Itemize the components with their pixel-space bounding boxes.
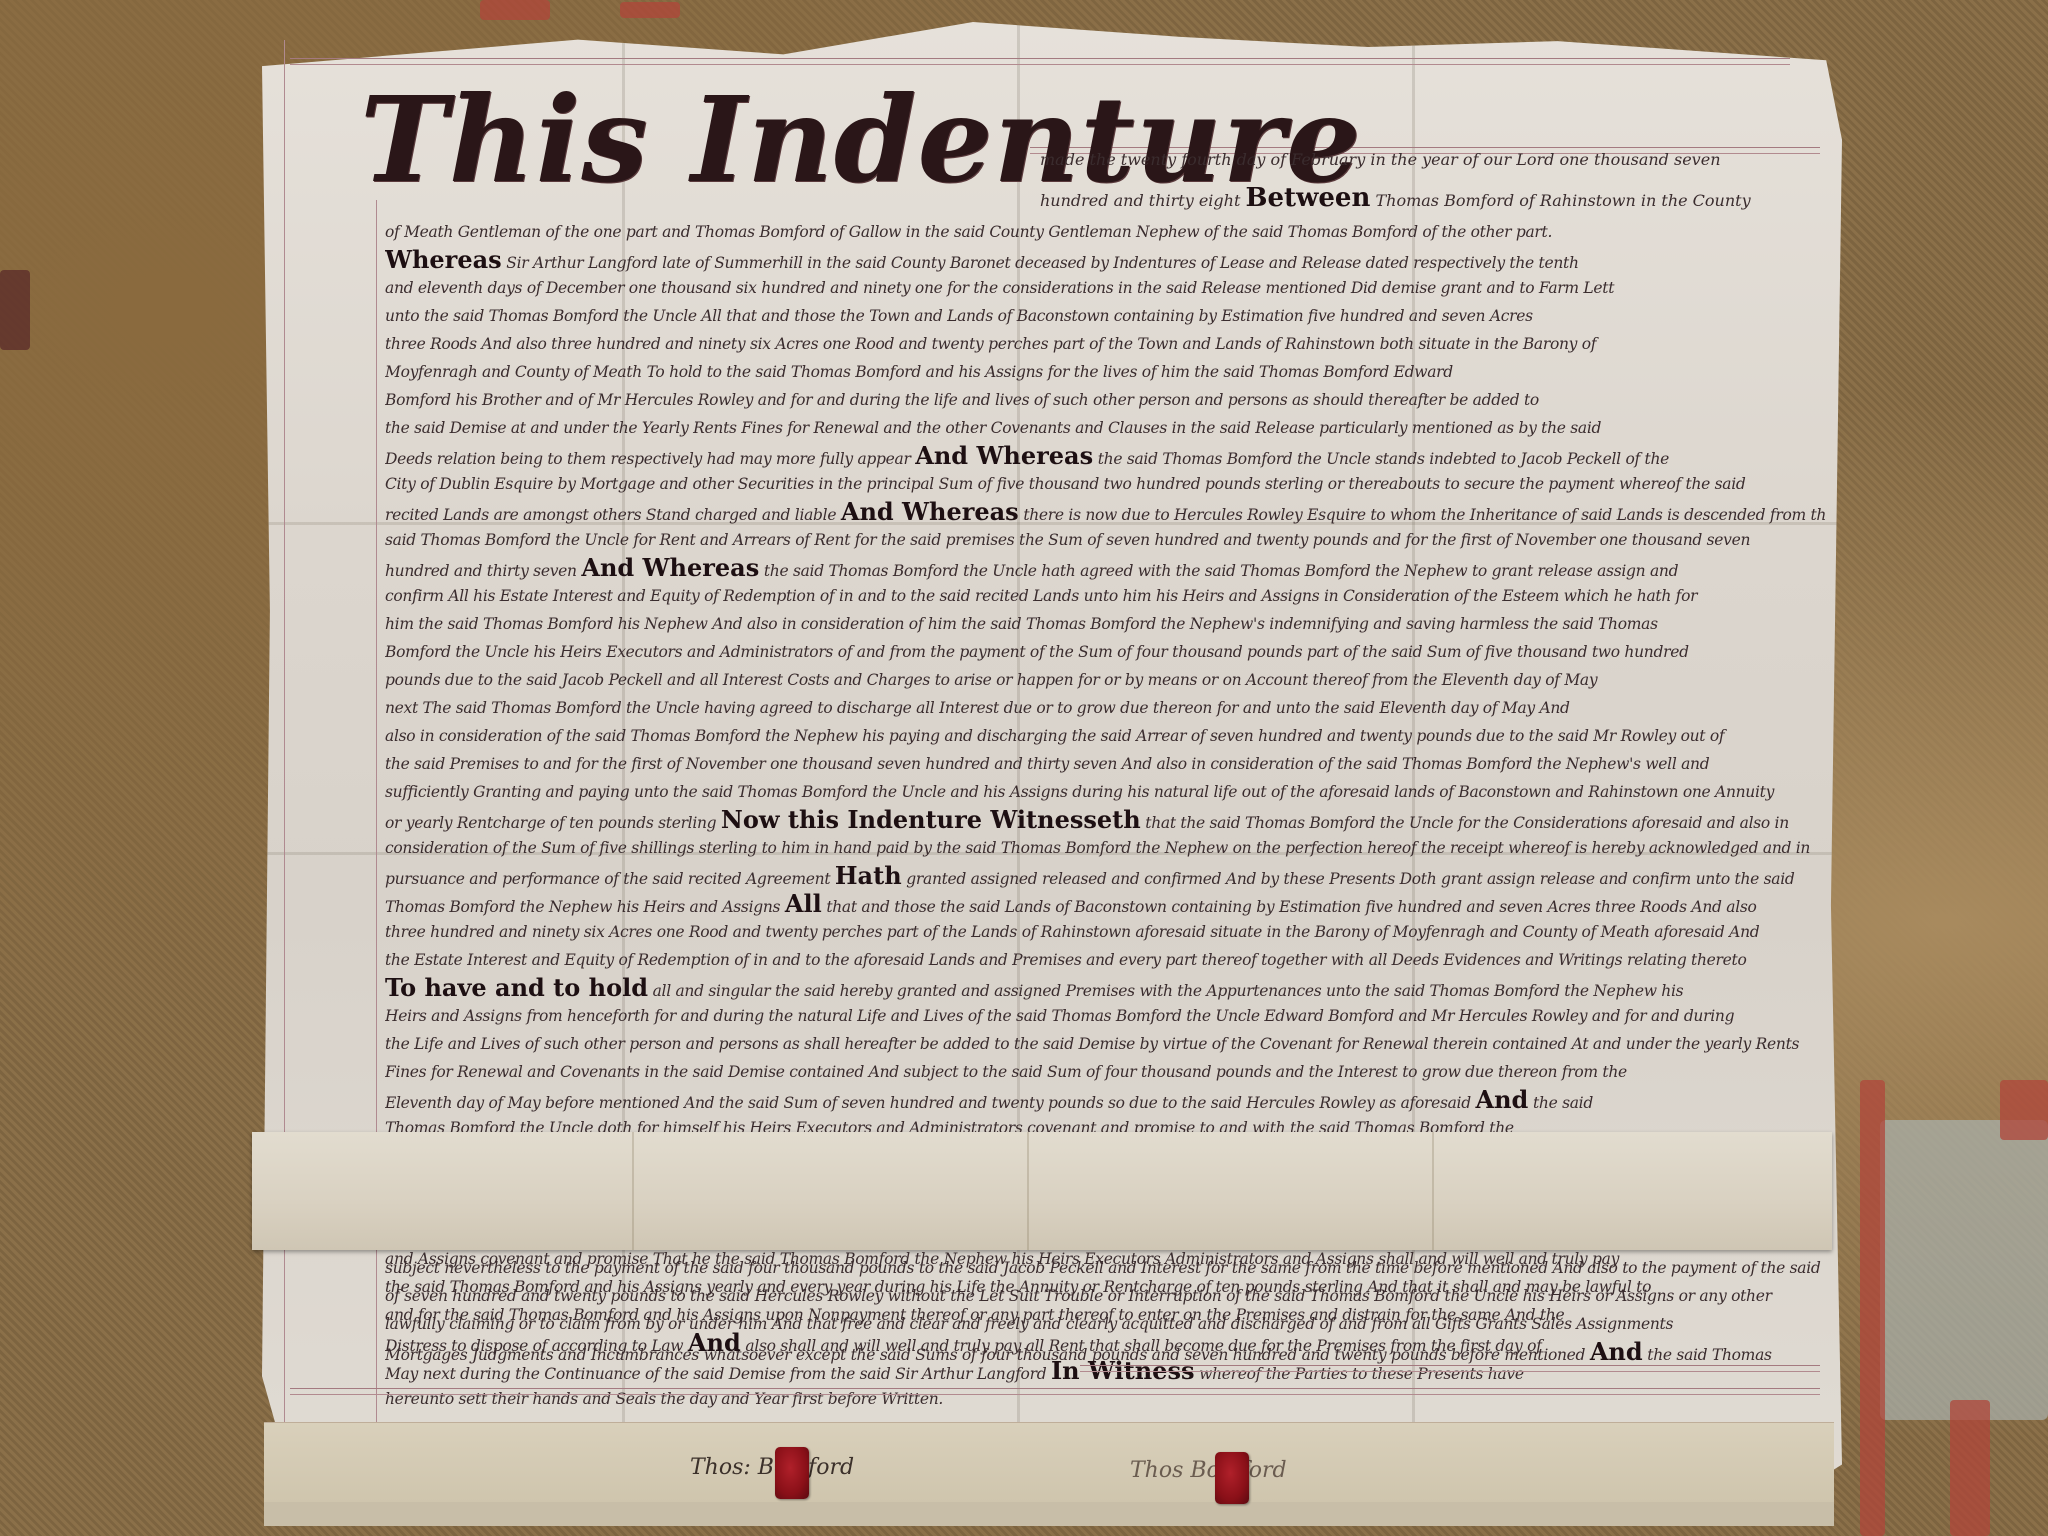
text-line: the said Demise at and under the Yearly … xyxy=(385,414,1825,442)
text-line: consideration of the Sum of five shillin… xyxy=(385,834,1825,862)
line-text: three hundred and ninety six Acres one R… xyxy=(385,923,1759,941)
text-line: him the said Thomas Bomford his Nephew A… xyxy=(385,610,1825,638)
keyword-heading: Whereas xyxy=(385,246,502,274)
keyword-heading: And Whereas xyxy=(581,554,759,582)
line-text: Fines for Renewal and Covenants in the s… xyxy=(385,1063,1627,1081)
line-text: there is now due to Hercules Rowley Esqu… xyxy=(1019,506,1825,524)
line-text: and for the said Thomas Bomford and his … xyxy=(385,1306,1564,1324)
keyword-heading: Now this Indenture Witnesseth xyxy=(721,806,1141,834)
rug-pattern-red xyxy=(1860,1080,1885,1536)
line-text: the said Thomas Bomford the Uncle hath a… xyxy=(759,562,1678,580)
line-text: said Thomas Bomford the Uncle for Rent a… xyxy=(385,531,1750,549)
line-text: the said Demise at and under the Yearly … xyxy=(385,419,1601,437)
line-text: or yearly Rentcharge of ten pounds sterl… xyxy=(385,814,721,832)
ruled-line xyxy=(1080,1365,1820,1366)
line-text: that and those the said Lands of Baconst… xyxy=(822,898,1757,916)
line-text: hundred and thirty seven xyxy=(385,562,581,580)
fold-crease xyxy=(632,1132,634,1250)
text-line: Bomford his Brother and of Mr Hercules R… xyxy=(385,386,1825,414)
opening-date-line-2: hundred and thirty eight Between Thomas … xyxy=(1040,183,1751,213)
line-text: him the said Thomas Bomford his Nephew A… xyxy=(385,615,1658,633)
wax-seal-2 xyxy=(1215,1452,1249,1504)
signature-1: Thos: Bomford xyxy=(690,1455,854,1480)
text-line: three hundred and ninety six Acres one R… xyxy=(385,918,1825,946)
party-text: Thomas Bomford of Rahinstown in the Coun… xyxy=(1375,191,1750,210)
text-line: sufficiently Granting and paying unto th… xyxy=(385,778,1825,806)
ruled-line xyxy=(290,64,1790,65)
margin-line xyxy=(284,40,285,1490)
text-line: Fines for Renewal and Covenants in the s… xyxy=(385,1058,1825,1086)
line-text: that the said Thomas Bomford the Uncle f… xyxy=(1141,814,1789,832)
seal-tag-strip xyxy=(264,1422,1834,1503)
signature-name: Thos Bomford xyxy=(1130,1458,1287,1483)
text-line: Eleventh day of May before mentioned And… xyxy=(385,1086,1825,1114)
text-line: said Thomas Bomford the Uncle for Rent a… xyxy=(385,526,1825,554)
keyword-heading: And Whereas xyxy=(915,442,1093,470)
text-line: Bomford the Uncle his Heirs Executors an… xyxy=(385,638,1825,666)
keyword-heading: Hath xyxy=(835,862,902,890)
text-line: unto the said Thomas Bomford the Uncle A… xyxy=(385,302,1825,330)
text-line: next The said Thomas Bomford the Uncle h… xyxy=(385,694,1825,722)
wax-seal-1 xyxy=(775,1447,809,1499)
text-line: Distress to dispose of according to Law … xyxy=(385,1329,1825,1357)
text-line: the Life and Lives of such other person … xyxy=(385,1030,1825,1058)
keyword-heading: To have and to hold xyxy=(385,974,648,1002)
text-line: City of Dublin Esquire by Mortgage and o… xyxy=(385,470,1825,498)
line-text: Heirs and Assigns from henceforth for an… xyxy=(385,1007,1734,1025)
ruled-line xyxy=(290,1388,1820,1389)
keyword-heading: And xyxy=(1475,1086,1528,1114)
line-text: confirm All his Estate Interest and Equi… xyxy=(385,587,1697,605)
line-text: three Roods And also three hundred and n… xyxy=(385,335,1596,353)
text-line: three Roods And also three hundred and n… xyxy=(385,330,1825,358)
line-text: the Life and Lives of such other person … xyxy=(385,1035,1799,1053)
line-text: pounds due to the said Jacob Peckell and… xyxy=(385,671,1597,689)
text-line: Whereas Sir Arthur Langford late of Summ… xyxy=(385,246,1825,274)
line-text: and Assigns covenant and promise That he… xyxy=(385,1250,1619,1268)
text-line: and eleventh days of December one thousa… xyxy=(385,274,1825,302)
line-text: City of Dublin Esquire by Mortgage and o… xyxy=(385,475,1746,493)
text-line: also in consideration of the said Thomas… xyxy=(385,722,1825,750)
line-text: the said Thomas Bomford the Uncle stands… xyxy=(1093,450,1669,468)
text-line: hundred and thirty seven And Whereas the… xyxy=(385,554,1825,582)
line-text: hereunto sett their hands and Seals the … xyxy=(385,1390,943,1408)
ruled-line xyxy=(1080,1371,1820,1372)
signature-2: Thos Bomford xyxy=(1130,1458,1287,1483)
line-text: Deeds relation being to them respectivel… xyxy=(385,450,915,468)
line-text: unto the said Thomas Bomford the Uncle A… xyxy=(385,307,1533,325)
text-line: and Assigns covenant and promise That he… xyxy=(385,1245,1825,1273)
rug-pattern-red xyxy=(620,2,680,18)
line-text: Bomford the Uncle his Heirs Executors an… xyxy=(385,643,1689,661)
rug-pattern-red xyxy=(480,0,550,20)
line-text: the Estate Interest and Equity of Redemp… xyxy=(385,951,1747,969)
text-line: Thomas Bomford the Nephew his Heirs and … xyxy=(385,890,1825,918)
date-text: made the twenty fourth day of February i… xyxy=(1040,150,1721,169)
text-line: or yearly Rentcharge of ten pounds sterl… xyxy=(385,806,1825,834)
text-line: To have and to hold all and singular the… xyxy=(385,974,1825,1002)
line-text: sufficiently Granting and paying unto th… xyxy=(385,783,1774,801)
keyword-heading: And Whereas xyxy=(841,498,1019,526)
text-line: pursuance and performance of the said re… xyxy=(385,862,1825,890)
line-text: next The said Thomas Bomford the Uncle h… xyxy=(385,699,1570,717)
line-text: May next during the Continuance of the s… xyxy=(385,1365,1051,1383)
date-text: hundred and thirty eight xyxy=(1040,191,1240,210)
text-line: pounds due to the said Jacob Peckell and… xyxy=(385,666,1825,694)
line-text: all and singular the said hereby granted… xyxy=(648,982,1683,1000)
keyword-heading: All xyxy=(785,890,822,918)
text-line: Moyfenragh and County of Meath To hold t… xyxy=(385,358,1825,386)
text-line: of Meath Gentleman of the one part and T… xyxy=(385,218,1825,246)
text-line: recited Lands are amongst others Stand c… xyxy=(385,498,1825,526)
line-text: also shall and will well and truly pay a… xyxy=(741,1337,1542,1355)
fold-crease xyxy=(1432,1132,1434,1250)
text-line: the said Premises to and for the first o… xyxy=(385,750,1825,778)
line-text: also in consideration of the said Thomas… xyxy=(385,727,1724,745)
signature-name: Thos: Bomford xyxy=(690,1455,854,1480)
line-text: Moyfenragh and County of Meath To hold t… xyxy=(385,363,1453,381)
line-text: granted assigned released and confirmed … xyxy=(902,870,1795,888)
text-line: hereunto sett their hands and Seals the … xyxy=(385,1385,1825,1413)
line-text: Bomford his Brother and of Mr Hercules R… xyxy=(385,391,1539,409)
text-line: Deeds relation being to them respectivel… xyxy=(385,442,1825,470)
ruled-line xyxy=(290,58,1790,59)
fold-crease xyxy=(1027,1132,1029,1250)
line-text: the said xyxy=(1528,1094,1593,1112)
rug-pattern-red xyxy=(2000,1080,2048,1140)
line-text: the said Thomas Bomford and his Assigns … xyxy=(385,1278,1651,1296)
keyword-heading: And xyxy=(688,1329,741,1357)
line-text: whereof the Parties to these Presents ha… xyxy=(1194,1365,1523,1383)
rug-pattern-red xyxy=(0,270,30,350)
folded-band xyxy=(252,1132,1832,1250)
keyword-between: Between xyxy=(1245,183,1370,213)
line-text: Distress to dispose of according to Law xyxy=(385,1337,688,1355)
line-text: Thomas Bomford the Nephew his Heirs and … xyxy=(385,898,785,916)
rug-pattern-red xyxy=(1950,1400,1990,1536)
line-text: the said Premises to and for the first o… xyxy=(385,755,1709,773)
line-text: and eleventh days of December one thousa… xyxy=(385,279,1614,297)
rug-pattern-blue xyxy=(1880,1120,2048,1420)
seal-tag-strip-edge xyxy=(264,1502,1834,1526)
text-line: the said Thomas Bomford and his Assigns … xyxy=(385,1273,1825,1301)
text-line: confirm All his Estate Interest and Equi… xyxy=(385,582,1825,610)
line-text: consideration of the Sum of five shillin… xyxy=(385,839,1810,857)
text-line: and for the said Thomas Bomford and his … xyxy=(385,1301,1825,1329)
text-line: the Estate Interest and Equity of Redemp… xyxy=(385,946,1825,974)
line-text: Sir Arthur Langford late of Summerhill i… xyxy=(502,254,1579,272)
line-text: recited Lands are amongst others Stand c… xyxy=(385,506,841,524)
ruled-line xyxy=(290,1394,1820,1395)
line-text: Eleventh day of May before mentioned And… xyxy=(385,1094,1475,1112)
text-line: Heirs and Assigns from henceforth for an… xyxy=(385,1002,1825,1030)
line-text: pursuance and performance of the said re… xyxy=(385,870,835,888)
opening-date-line: made the twenty fourth day of February i… xyxy=(1040,150,1721,169)
line-text: of Meath Gentleman of the one part and T… xyxy=(385,223,1552,241)
